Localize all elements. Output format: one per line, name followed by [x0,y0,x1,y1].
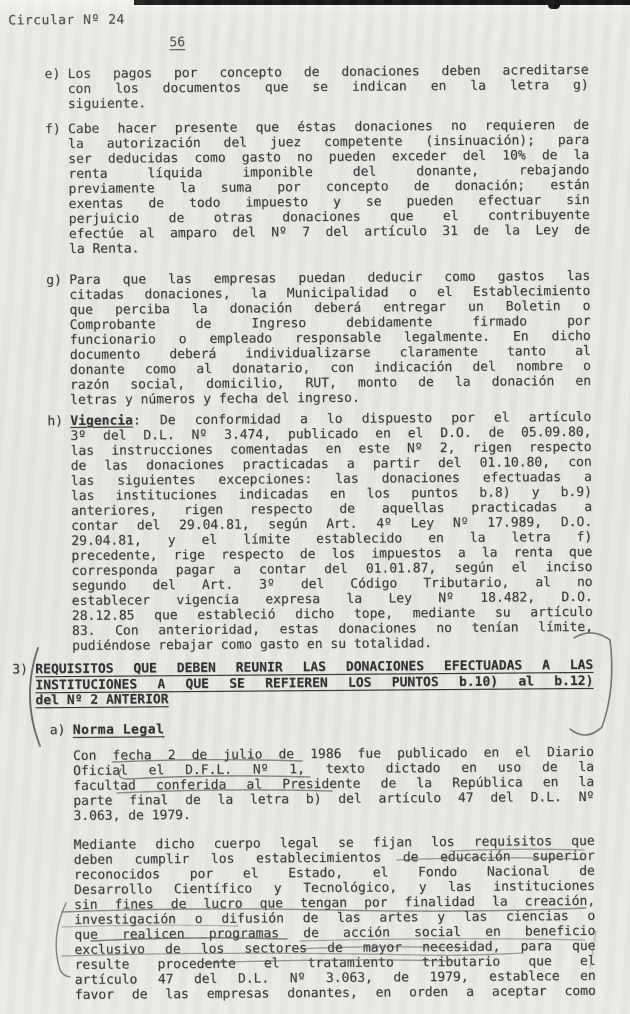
text-line: 3.063, de 1979. [73,805,594,824]
paragraph-h: h) Vigencia: De conformidad a lo dispues… [70,410,593,654]
paragraph-body: Mediante dicho cuerpo legal se fijan los… [74,834,596,1003]
paragraph-body: Para que las empresas puedan deducir com… [69,269,591,408]
typed-content: Circular Nº 24 56 e) Los pagos por conce… [0,0,630,1014]
paragraph-body: Vigencia: De conformidad a lo dispuesto … [70,410,593,654]
paragraph-label: h) [47,414,63,429]
paragraph-e: e) Los pagos por concepto de donaciones … [68,63,589,112]
subsection-title: Norma Legal [73,722,165,738]
paragraph-label: f) [45,122,61,137]
paragraph-body: Los pagos por concepto de donaciones deb… [68,63,589,112]
section-label: 3) [12,662,28,677]
paragraph-mediante: Mediante dicho cuerpo legal se fijan los… [74,834,596,1003]
text-line: favor de las empresas donantes, en orden… [75,984,596,1003]
document-header: Circular Nº 24 [8,12,125,28]
paragraph-label: g) [46,273,62,288]
subsection-a-heading: a) Norma Legal [73,722,165,738]
section-3-heading: 3) REQUISITOS QUE DEBEN REUNIR LAS DONAC… [35,658,593,709]
paragraph-label: e) [45,67,61,82]
paragraph-body: Con fecha 2 de julio de 1986 fue publica… [73,745,595,824]
page-number: 56 [167,35,187,50]
paragraph-f: f) Cabe hacer presente que éstas donacio… [68,118,590,257]
paragraph-g: g) Para que las empresas puedan deducir … [69,269,591,408]
paragraph-body: Cabe hacer presente que éstas donaciones… [68,118,590,257]
text-line: del Nº 2 ANTERIOR [35,689,593,709]
underlined-word: Vigencia [70,413,133,428]
text-line: letras y números y fecha del ingreso. [70,389,591,408]
scanned-document-page: Circular Nº 24 56 e) Los pagos por conce… [0,0,630,1014]
subsection-label: a) [50,723,66,738]
text-line: siguiente. [68,93,589,112]
text-line: pudiéndose rebajar como gasto en su tota… [72,635,593,654]
section-heading-body: REQUISITOS QUE DEBEN REUNIR LAS DONACION… [35,658,593,709]
paragraph-con-fecha: Con fecha 2 de julio de 1986 fue publica… [73,745,595,824]
